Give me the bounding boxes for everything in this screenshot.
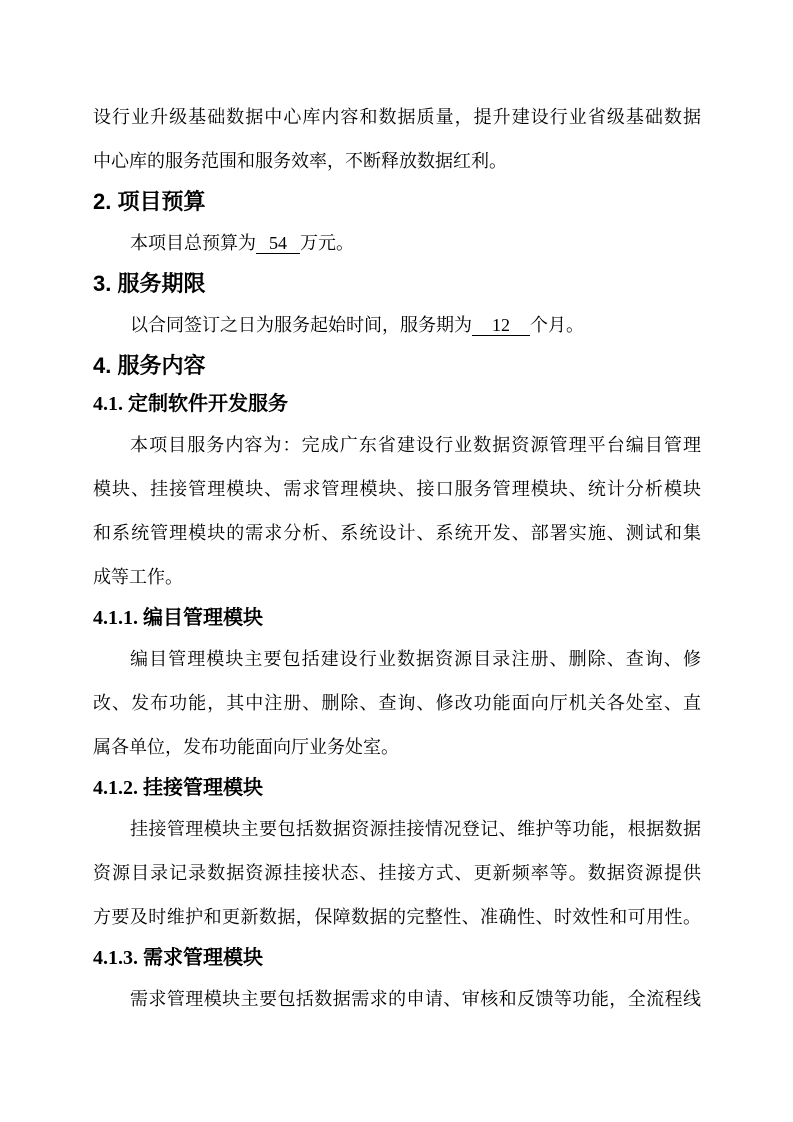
heading-catalog-module: 4.1.1. 编目管理模块	[93, 599, 701, 637]
text-segment: 万元。	[300, 233, 354, 253]
catalog-paragraph-line: 属各单位，发布功能面向厅业务处室。	[93, 725, 701, 769]
budget-sentence: 本项目总预算为54万元。	[93, 221, 701, 265]
custom-paragraph-line: 模块、挂接管理模块、需求管理模块、接口服务管理模块、统计分析模块	[93, 467, 701, 511]
heading-demand-module: 4.1.3. 需求管理模块	[93, 939, 701, 977]
demand-paragraph-line: 需求管理模块主要包括数据需求的申请、审核和反馈等功能，全流程线	[93, 977, 701, 1021]
mount-paragraph-line: 挂接管理模块主要包括数据资源挂接情况登记、维护等功能，根据数据	[93, 807, 701, 851]
heading-mount-module: 4.1.2. 挂接管理模块	[93, 769, 701, 807]
document-page: 设行业升级基础数据中心库内容和数据质量，提升建设行业省级基础数据 中心库的服务范…	[0, 0, 793, 1122]
mount-paragraph-line: 方要及时维护和更新数据，保障数据的完整性、准确性、时效性和可用性。	[93, 895, 701, 939]
intro-paragraph-line: 中心库的服务范围和服务效率，不断释放数据红利。	[93, 139, 701, 183]
text-segment: 个月。	[530, 315, 584, 335]
custom-paragraph-line: 本项目服务内容为：完成广东省建设行业数据资源管理平台编目管理	[93, 423, 701, 467]
heading-project-budget: 2. 项目预算	[93, 183, 701, 221]
catalog-paragraph-line: 编目管理模块主要包括建设行业数据资源目录注册、删除、查询、修	[93, 637, 701, 681]
custom-paragraph-line: 成等工作。	[93, 555, 701, 599]
heading-service-content: 4. 服务内容	[93, 347, 701, 385]
text-segment: 本项目总预算为	[130, 233, 256, 253]
heading-service-period: 3. 服务期限	[93, 265, 701, 303]
filled-blank-budget-amount: 54	[256, 233, 300, 254]
service-period-sentence: 以合同签订之日为服务起始时间，服务期为12个月。	[93, 303, 701, 347]
heading-custom-software-dev: 4.1. 定制软件开发服务	[93, 385, 701, 423]
filled-blank-service-months: 12	[472, 315, 530, 336]
intro-paragraph-line: 设行业升级基础数据中心库内容和数据质量，提升建设行业省级基础数据	[93, 95, 701, 139]
text-segment: 以合同签订之日为服务起始时间，服务期为	[130, 315, 472, 335]
mount-paragraph-line: 资源目录记录数据资源挂接状态、挂接方式、更新频率等。数据资源提供	[93, 851, 701, 895]
catalog-paragraph-line: 改、发布功能，其中注册、删除、查询、修改功能面向厅机关各处室、直	[93, 681, 701, 725]
custom-paragraph-line: 和系统管理模块的需求分析、系统设计、系统开发、部署实施、测试和集	[93, 511, 701, 555]
